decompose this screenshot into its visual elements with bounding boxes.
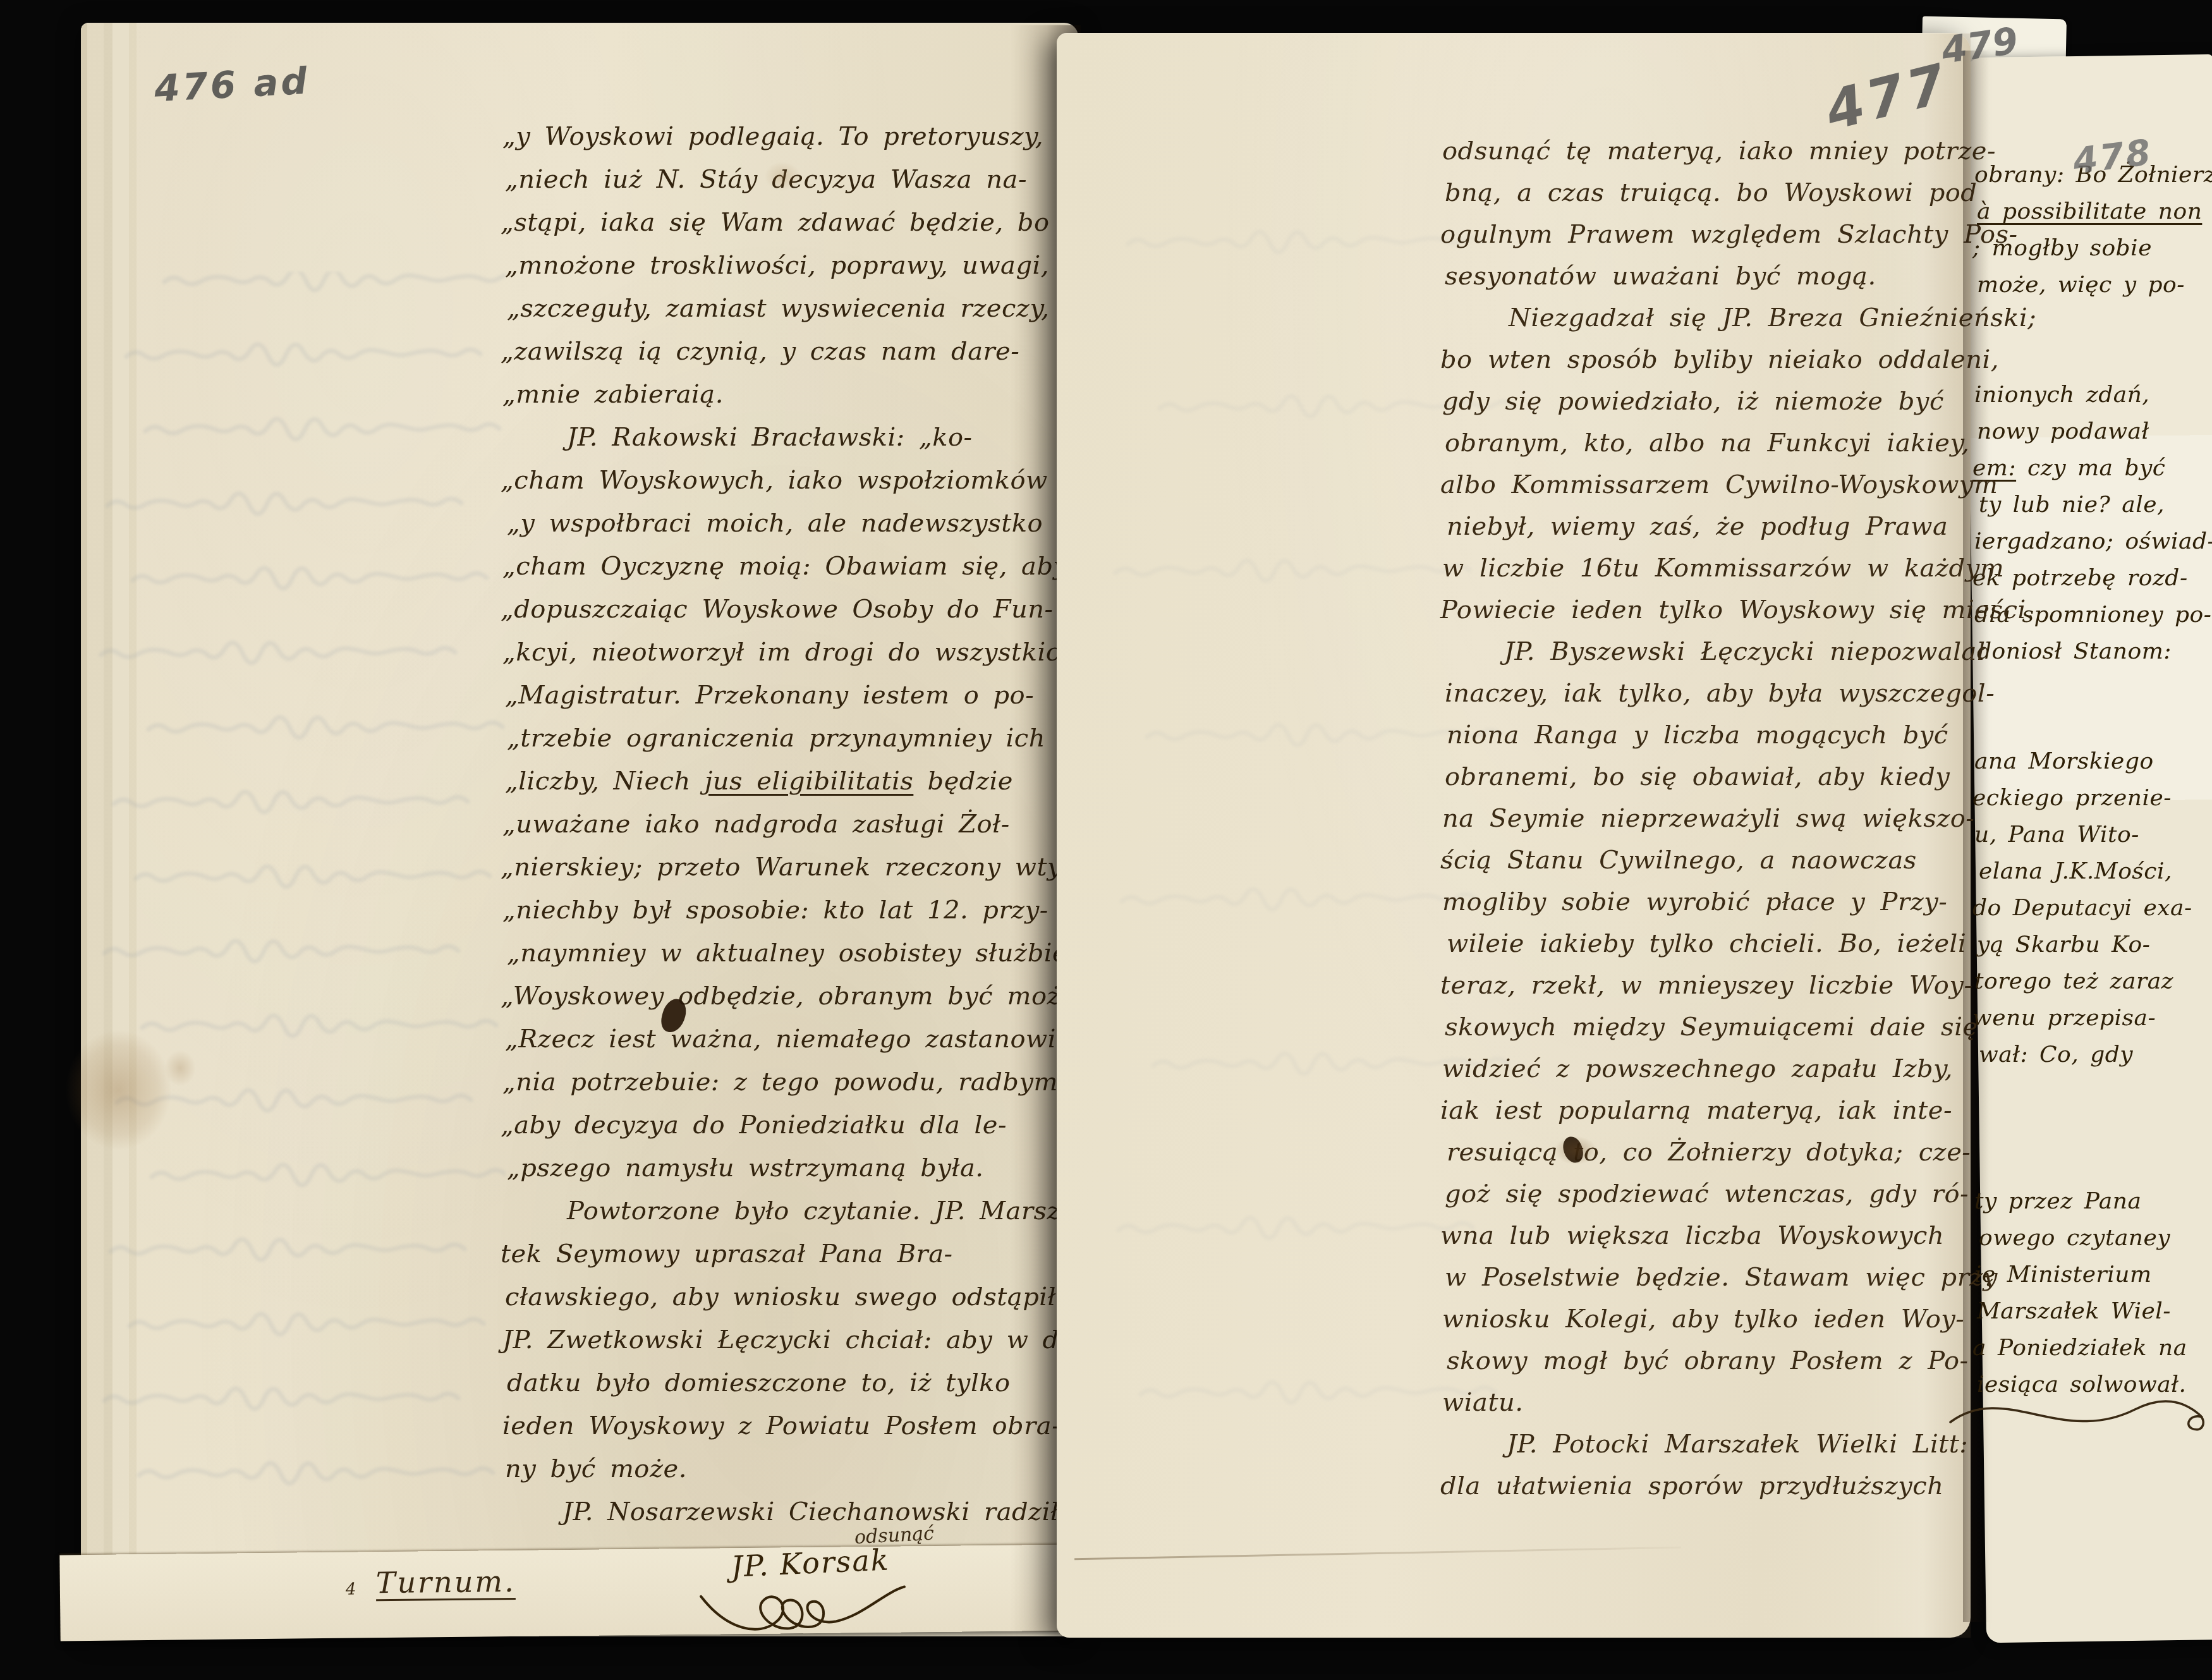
manuscript-line: „nia potrzebuie: z tego powodu, radbym,: [502, 1061, 1049, 1104]
manuscript-line: teraz, rzekł, w mnieyszey liczbie Woy-: [1440, 965, 1969, 1006]
manuscript-line: „Rzecz iest ważna, niemałego zastanowie-: [505, 1018, 1052, 1061]
manuscript-line: ny być może.: [505, 1447, 1052, 1490]
manuscript-line: [1977, 1147, 2212, 1183]
manuscript-line: „trzebie ograniczenia przynaymniey ich: [507, 717, 1054, 760]
manuscript-line: a Poniedziałek na: [1972, 1330, 2212, 1367]
manuscript-line: „aby decyzya do Poniedziałku dla le-: [501, 1104, 1047, 1147]
manuscript-line: niebył, wiemy zaś, że podług Prawa: [1447, 506, 1975, 547]
margin-mark: 4: [346, 1580, 356, 1599]
manuscript-line: „y Woyskowi podlegaią. To pretoryuszy,: [502, 115, 1049, 158]
manuscript-line: em: czy ma być: [1972, 450, 2212, 487]
manuscript-line: cławskiego, aby wniosku swego odstąpił.: [505, 1275, 1052, 1318]
ink-smudge: [1547, 1131, 1604, 1169]
manuscript-line: owego czytaney: [1979, 1220, 2212, 1257]
show-through-text: [88, 272, 506, 1530]
manuscript-line: yą Skarbu Ko-: [1977, 927, 2212, 963]
manuscript-line: datku było domieszczone to, iż tylko: [507, 1361, 1054, 1404]
manuscript-line: JP. Zwetkowski Łęczycki chciał: aby w do…: [502, 1318, 1049, 1361]
manuscript-line: JP. Nosarzewski Ciechanowski radził: [501, 1490, 1047, 1533]
manuscript-line: na Seymie nieprzeważyli swą większo-: [1442, 798, 1971, 839]
manuscript-line: [1977, 1073, 2212, 1110]
manuscript-line: inionych zdań,: [1974, 377, 2212, 413]
turnum-label: Turnum.: [376, 1564, 516, 1600]
manuscript-line: u, Pana Wito-: [1974, 817, 2212, 853]
manuscript-line: „kcyi, nieotworzył im drogi do wszystkic…: [502, 631, 1049, 674]
manuscript-line: Powiecie ieden tylko Woyskowy się mieści…: [1440, 589, 1969, 631]
bottom-sheet-edge: 4 Turnum. JP. Korsak: [59, 1545, 1079, 1641]
manuscript-line: widzieć z powszechnego zapału Izby,: [1442, 1048, 1971, 1090]
manuscript-line: wiatu.: [1442, 1382, 1971, 1423]
manuscript-line: Marszałek Wiel-: [1977, 1293, 2212, 1330]
manuscript-line: „liczby, Niech jus eligibilitatis będzie: [505, 760, 1052, 803]
manuscript-line: [1972, 1110, 2212, 1147]
manuscript-line: JP. Rakowski Bracławski: „ko-: [505, 416, 1052, 459]
manuscript-line: „naymniey w aktualney osobistey służbie: [507, 932, 1054, 975]
manuscript-line: eckiego przenie-: [1972, 780, 2212, 817]
manuscript-line: torego też zaraz: [1974, 963, 2212, 1000]
page-478-text: obrany: Bo Żołnierzà possibilitate non; …: [1974, 157, 2212, 1403]
manuscript-scan: 476 ad „y Woyskowi podlegaią. To pretory…: [0, 0, 2212, 1680]
manuscript-line: „cham Oyczyznę moią: Obawiam się, abym: [502, 545, 1049, 588]
manuscript-line: nowy podawał: [1977, 413, 2212, 450]
manuscript-line: „y wspołbraci moich, ale nadewszystko ko…: [507, 502, 1054, 545]
paper-stain: [159, 1044, 201, 1092]
manuscript-line: ek potrzebę rozd-: [1972, 560, 2212, 597]
manuscript-line: resuiącą to, co Żołnierzy dotyka; cze-: [1447, 1131, 1975, 1173]
manuscript-line: „Magistratur. Przekonany iestem o po-: [505, 674, 1052, 717]
manuscript-line: iak iest popularną materyą, iak inte-: [1440, 1090, 1969, 1131]
manuscript-line: wał: Co, gdy: [1979, 1037, 2212, 1073]
manuscript-line: „szczeguły, zamiast wyswiecenia rzeczy,: [507, 287, 1054, 330]
manuscript-line: ogulnym Prawem względem Szlachty Pos-: [1440, 214, 1969, 255]
pencil-page-number-476: 476 ad: [153, 59, 310, 111]
manuscript-line: sesyonatów uważani być mogą.: [1445, 255, 1973, 297]
paper-stain: [758, 157, 806, 196]
manuscript-line: [1977, 707, 2212, 743]
manuscript-line: „dopuszczaiąc Woyskowe Osoby do Fun-: [501, 588, 1047, 631]
manuscript-line: „niechby był sposobie: kto lat 12. przy-: [502, 889, 1049, 932]
manuscript-line: wniosku Kolegi, aby tylko ieden Woy-: [1442, 1298, 1971, 1340]
manuscript-line: [1972, 340, 2212, 377]
manuscript-line: JP. Byszewski Łęczycki niepozwalał: [1442, 631, 1971, 673]
manuscript-line: „pszego namysłu wstrzymaną była.: [507, 1147, 1054, 1190]
manuscript-line: elana J.K.Mości,: [1979, 853, 2212, 890]
manuscript-line: odsunąć tę materyą, iako mniey potrze-: [1442, 130, 1971, 172]
page-477-text: odsunąć tę materyą, iako mniey potrze-bn…: [1442, 130, 1971, 1507]
manuscript-line: iergadzano; oświad-: [1974, 523, 2212, 560]
manuscript-line: „zawilszą ią czynią, y czas nam dare-: [501, 330, 1047, 373]
manuscript-line: JP. Potocki Marszałek Wielki Litt:: [1445, 1423, 1973, 1465]
manuscript-line: [1979, 670, 2212, 707]
manuscript-line: w liczbie 16tu Kommissarzów w każdym: [1442, 547, 1971, 589]
pen-flourish: [1948, 1373, 2212, 1449]
manuscript-line: Niezgadzał się JP. Breza Gnieźnieński;: [1447, 297, 1975, 339]
manuscript-line: „mnożone troskliwości, poprawy, uwagi,: [505, 244, 1052, 287]
signature-flourish: [698, 1575, 908, 1635]
manuscript-line: doniosł Stanom:: [1977, 633, 2212, 670]
manuscript-line: „stąpi, iaka się Wam zdawać będzie, bo: [501, 201, 1047, 244]
manuscript-line: tek Seymowy upraszał Pana Bra-: [501, 1233, 1047, 1275]
manuscript-line: dla ułatwienia sporów przydłuższych: [1440, 1465, 1969, 1507]
manuscript-line: bną, a czas truiącą. bo Woyskowi pod: [1445, 172, 1973, 214]
manuscript-line: wenu przepisa-: [1972, 1000, 2212, 1037]
manuscript-line: ty przez Pana: [1974, 1183, 2212, 1220]
manuscript-line: ieden Woyskowy z Powiatu Posłem obra-: [502, 1404, 1049, 1447]
manuscript-line: gdy się powiedziało, iż niemoże być: [1442, 380, 1971, 422]
manuscript-line: ty lub nie? ale,: [1979, 487, 2212, 523]
manuscript-line: obranemi, bo się obawiał, aby kiedy: [1445, 756, 1973, 798]
manuscript-line: ścią Stanu Cywilnego, a naowczas: [1440, 839, 1969, 881]
paper-stain: [51, 1013, 186, 1167]
manuscript-line: Powtorzone było czytanie. JP. Marsza-: [505, 1190, 1052, 1233]
manuscript-line: „Woyskowey odbędzie, obranym być może.: [501, 975, 1047, 1018]
manuscript-line: skowy mogł być obrany Posłem z Po-: [1447, 1340, 1975, 1382]
manuscript-line: do Deputacyi exa-: [1972, 890, 2212, 927]
manuscript-line: albo Kommissarzem Cywilno-Woyskowym: [1440, 464, 1969, 506]
manuscript-line: obranym, kto, albo na Funkcyi iakiey,: [1445, 422, 1973, 464]
manuscript-line: bo wten sposób byliby nieiako oddaleni,: [1440, 339, 1969, 380]
manuscript-line: „nierskiey; przeto Warunek rzeczony wtym: [501, 846, 1047, 889]
manuscript-line: wileie iakieby tylko chcieli. Bo, ieżeli: [1447, 923, 1975, 965]
page-476-text: „y Woyskowi podlegaią. To pretoryuszy,„n…: [502, 115, 1049, 1533]
manuscript-line: ana Morskiego: [1974, 743, 2212, 780]
manuscript-line: ię Ministerium: [1974, 1257, 2212, 1293]
manuscript-line: „uważane iako nadgroda zasługi Żoł-: [502, 803, 1049, 846]
manuscript-line: „cham Woyskowych, iako wspołziomków: [501, 459, 1047, 502]
manuscript-line: skowych między Seymuiącemi daie się: [1445, 1006, 1973, 1048]
manuscript-line: mogliby sobie wyrobić płace y Przy-: [1442, 881, 1971, 923]
manuscript-line: „mnie zabieraią.: [502, 373, 1049, 416]
catchword-odsunac: odsunąć: [854, 1523, 935, 1549]
manuscript-line: w Poselstwie będzie. Stawam więc przy: [1445, 1257, 1973, 1298]
manuscript-line: inaczey, iak tylko, aby była wyszczegol-: [1445, 673, 1973, 714]
manuscript-line: goż się spodziewać wtenczas, gdy ró-: [1445, 1173, 1973, 1215]
manuscript-line: wna lub większa liczba Woyskowych: [1440, 1215, 1969, 1257]
manuscript-line: niona Ranga y liczba mogących być: [1447, 714, 1975, 756]
